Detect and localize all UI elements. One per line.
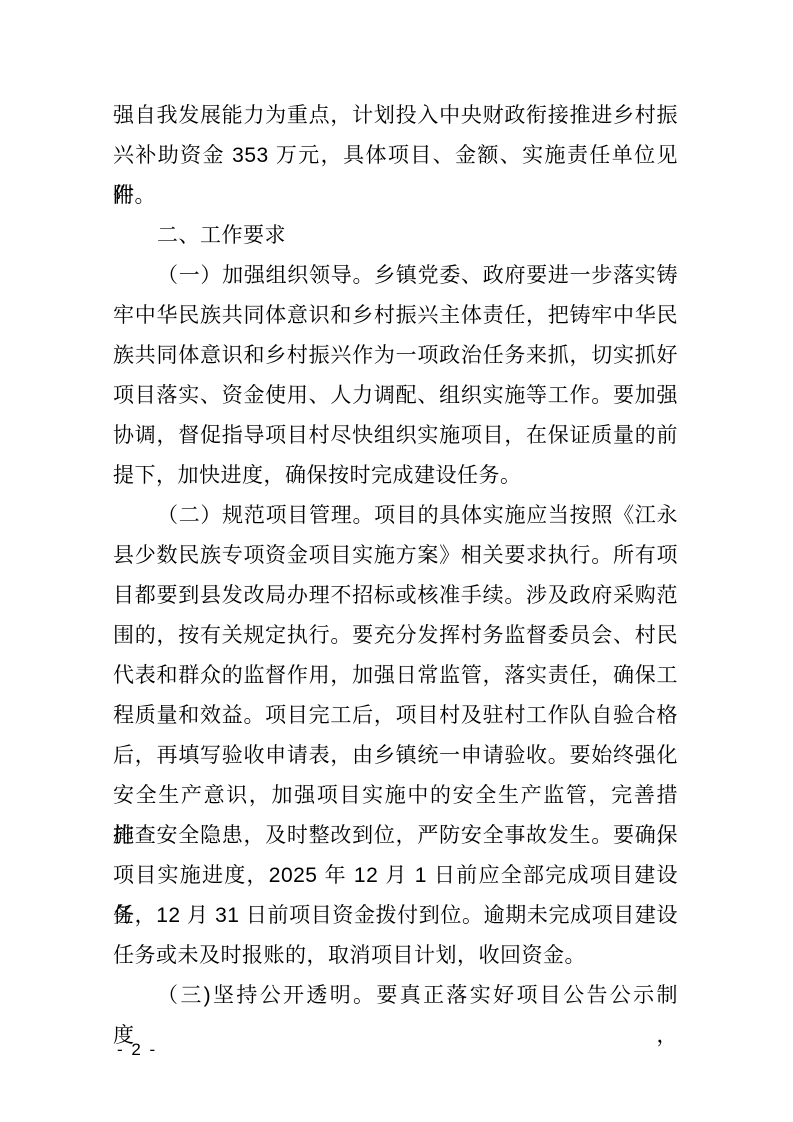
text-line: 代表和群众的监督作用，加强日常监管，落实责任，确保工 xyxy=(113,656,678,696)
text-line: （一）加强组织领导。乡镇党委、政府要进一步落实铸 xyxy=(113,256,678,296)
text-line: 程质量和效益。项目完工后，项目村及驻村工作队自验合格 xyxy=(113,696,678,736)
text-line: 项目落实、资金使用、人力调配、组织实施等工作。要加强 xyxy=(113,376,678,416)
text-line: 排查安全隐患，及时整改到位，严防安全事故发生。要确保 xyxy=(113,816,678,856)
text-line: 二、工作要求 xyxy=(113,216,678,256)
text-line: 安全生产意识，加强项目实施中的安全生产监管，完善措施， xyxy=(113,776,678,816)
text-line: 务，12 月 31 日前项目资金拨付到位。逾期未完成项目建设 xyxy=(113,896,678,936)
text-line: 兴补助资金 353 万元，具体项目、金额、实施责任单位见附 xyxy=(113,136,678,176)
text-line: 强自我发展能力为重点，计划投入中央财政衔接推进乡村振 xyxy=(113,96,678,136)
text-line: 任务或未及时报账的，取消项目计划，收回资金。 xyxy=(113,936,678,976)
text-line: 县少数民族专项资金项目实施方案》相关要求执行。所有项 xyxy=(113,536,678,576)
document-page: 强自我发展能力为重点，计划投入中央财政衔接推进乡村振兴补助资金 353 万元，具… xyxy=(0,0,793,1122)
text-line: 协调，督促指导项目村尽快组织实施项目，在保证质量的前 xyxy=(113,416,678,456)
page-number: - 2 - xyxy=(117,1038,157,1062)
text-line: 项目实施进度，2025 年 12 月 1 日前应全部完成项目建设任 xyxy=(113,856,678,896)
text-line: 围的，按有关规定执行。要充分发挥村务监督委员会、村民 xyxy=(113,616,678,656)
text-line: （二）规范项目管理。项目的具体实施应当按照《江永 xyxy=(113,496,678,536)
text-line: 牢中华民族共同体意识和乡村振兴主体责任，把铸牢中华民 xyxy=(113,296,678,336)
text-line: （三)坚持公开透明。要真正落实好项目公告公示制度， xyxy=(113,976,678,1016)
text-line: 提下，加快进度，确保按时完成建设任务。 xyxy=(113,456,678,496)
document-body: 强自我发展能力为重点，计划投入中央财政衔接推进乡村振兴补助资金 353 万元，具… xyxy=(113,96,678,1016)
text-line: 族共同体意识和乡村振兴作为一项政治任务来抓，切实抓好 xyxy=(113,336,678,376)
text-line: 件。 xyxy=(113,176,678,216)
text-line: 后，再填写验收申请表，由乡镇统一申请验收。要始终强化 xyxy=(113,736,678,776)
text-line: 目都要到县发改局办理不招标或核准手续。涉及政府采购范 xyxy=(113,576,678,616)
